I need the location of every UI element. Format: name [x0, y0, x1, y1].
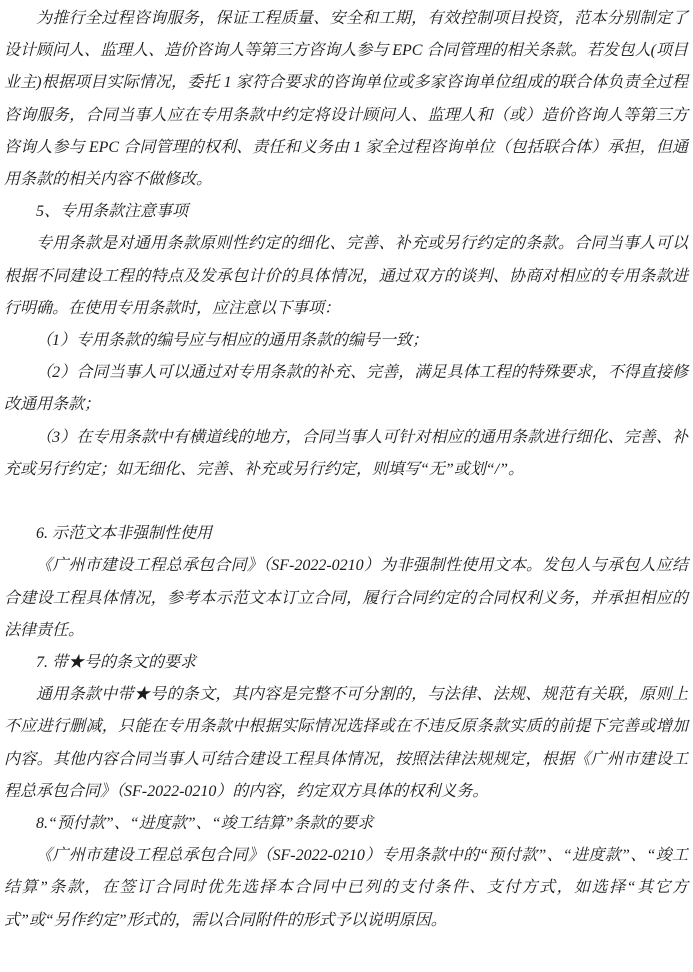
paragraph-special-terms-intro: 专用条款是对通用条款原则性约定的细化、完善、补充或另行约定的条款。合同当事人可以…: [4, 228, 688, 325]
paragraph-starred-clauses-rules: 通用条款中带★号的条文，其内容是完整不可分割的，与法律、法规、规范有关联，原则上…: [4, 679, 688, 808]
document-page: 为推行全过程咨询服务，保证工程质量、安全和工期，有效控制项目投资，范本分别制定了…: [0, 0, 693, 972]
paragraph-non-mandatory-use: 《广州市建设工程总承包合同》（SF-2022-0210）为非强制性使用文本。发包…: [4, 550, 688, 647]
list-item-3-blank-line-fill-rule: （3）在专用条款中有横道线的地方，合同当事人可针对相应的通用条款进行细化、完善、…: [4, 422, 688, 486]
heading-section-8-payment-clauses: 8.“预付款”、“进度款”、“竣工结算”条款的要求: [4, 808, 688, 840]
list-item-2-supplement-no-direct-edit: （2）合同当事人可以通过对专用条款的补充、完善，满足具体工程的特殊要求，不得直接…: [4, 357, 688, 421]
heading-section-5-special-terms-notes: 5、专用条款注意事项: [4, 196, 688, 228]
heading-section-7-starred-clauses: 7. 带★号的条文的要求: [4, 647, 688, 679]
blank-line: [4, 486, 688, 518]
list-item-1-numbering-consistency: （1）专用条款的编号应与相应的通用条款的编号一致；: [4, 325, 688, 357]
paragraph-epc-consulting-terms: 为推行全过程咨询服务，保证工程质量、安全和工期，有效控制项目投资，范本分别制定了…: [4, 3, 688, 196]
paragraph-payment-clauses-rules: 《广州市建设工程总承包合同》（SF-2022-0210）专用条款中的“预付款”、…: [4, 840, 688, 937]
heading-section-6-non-mandatory-use: 6. 示范文本非强制性使用: [4, 518, 688, 550]
